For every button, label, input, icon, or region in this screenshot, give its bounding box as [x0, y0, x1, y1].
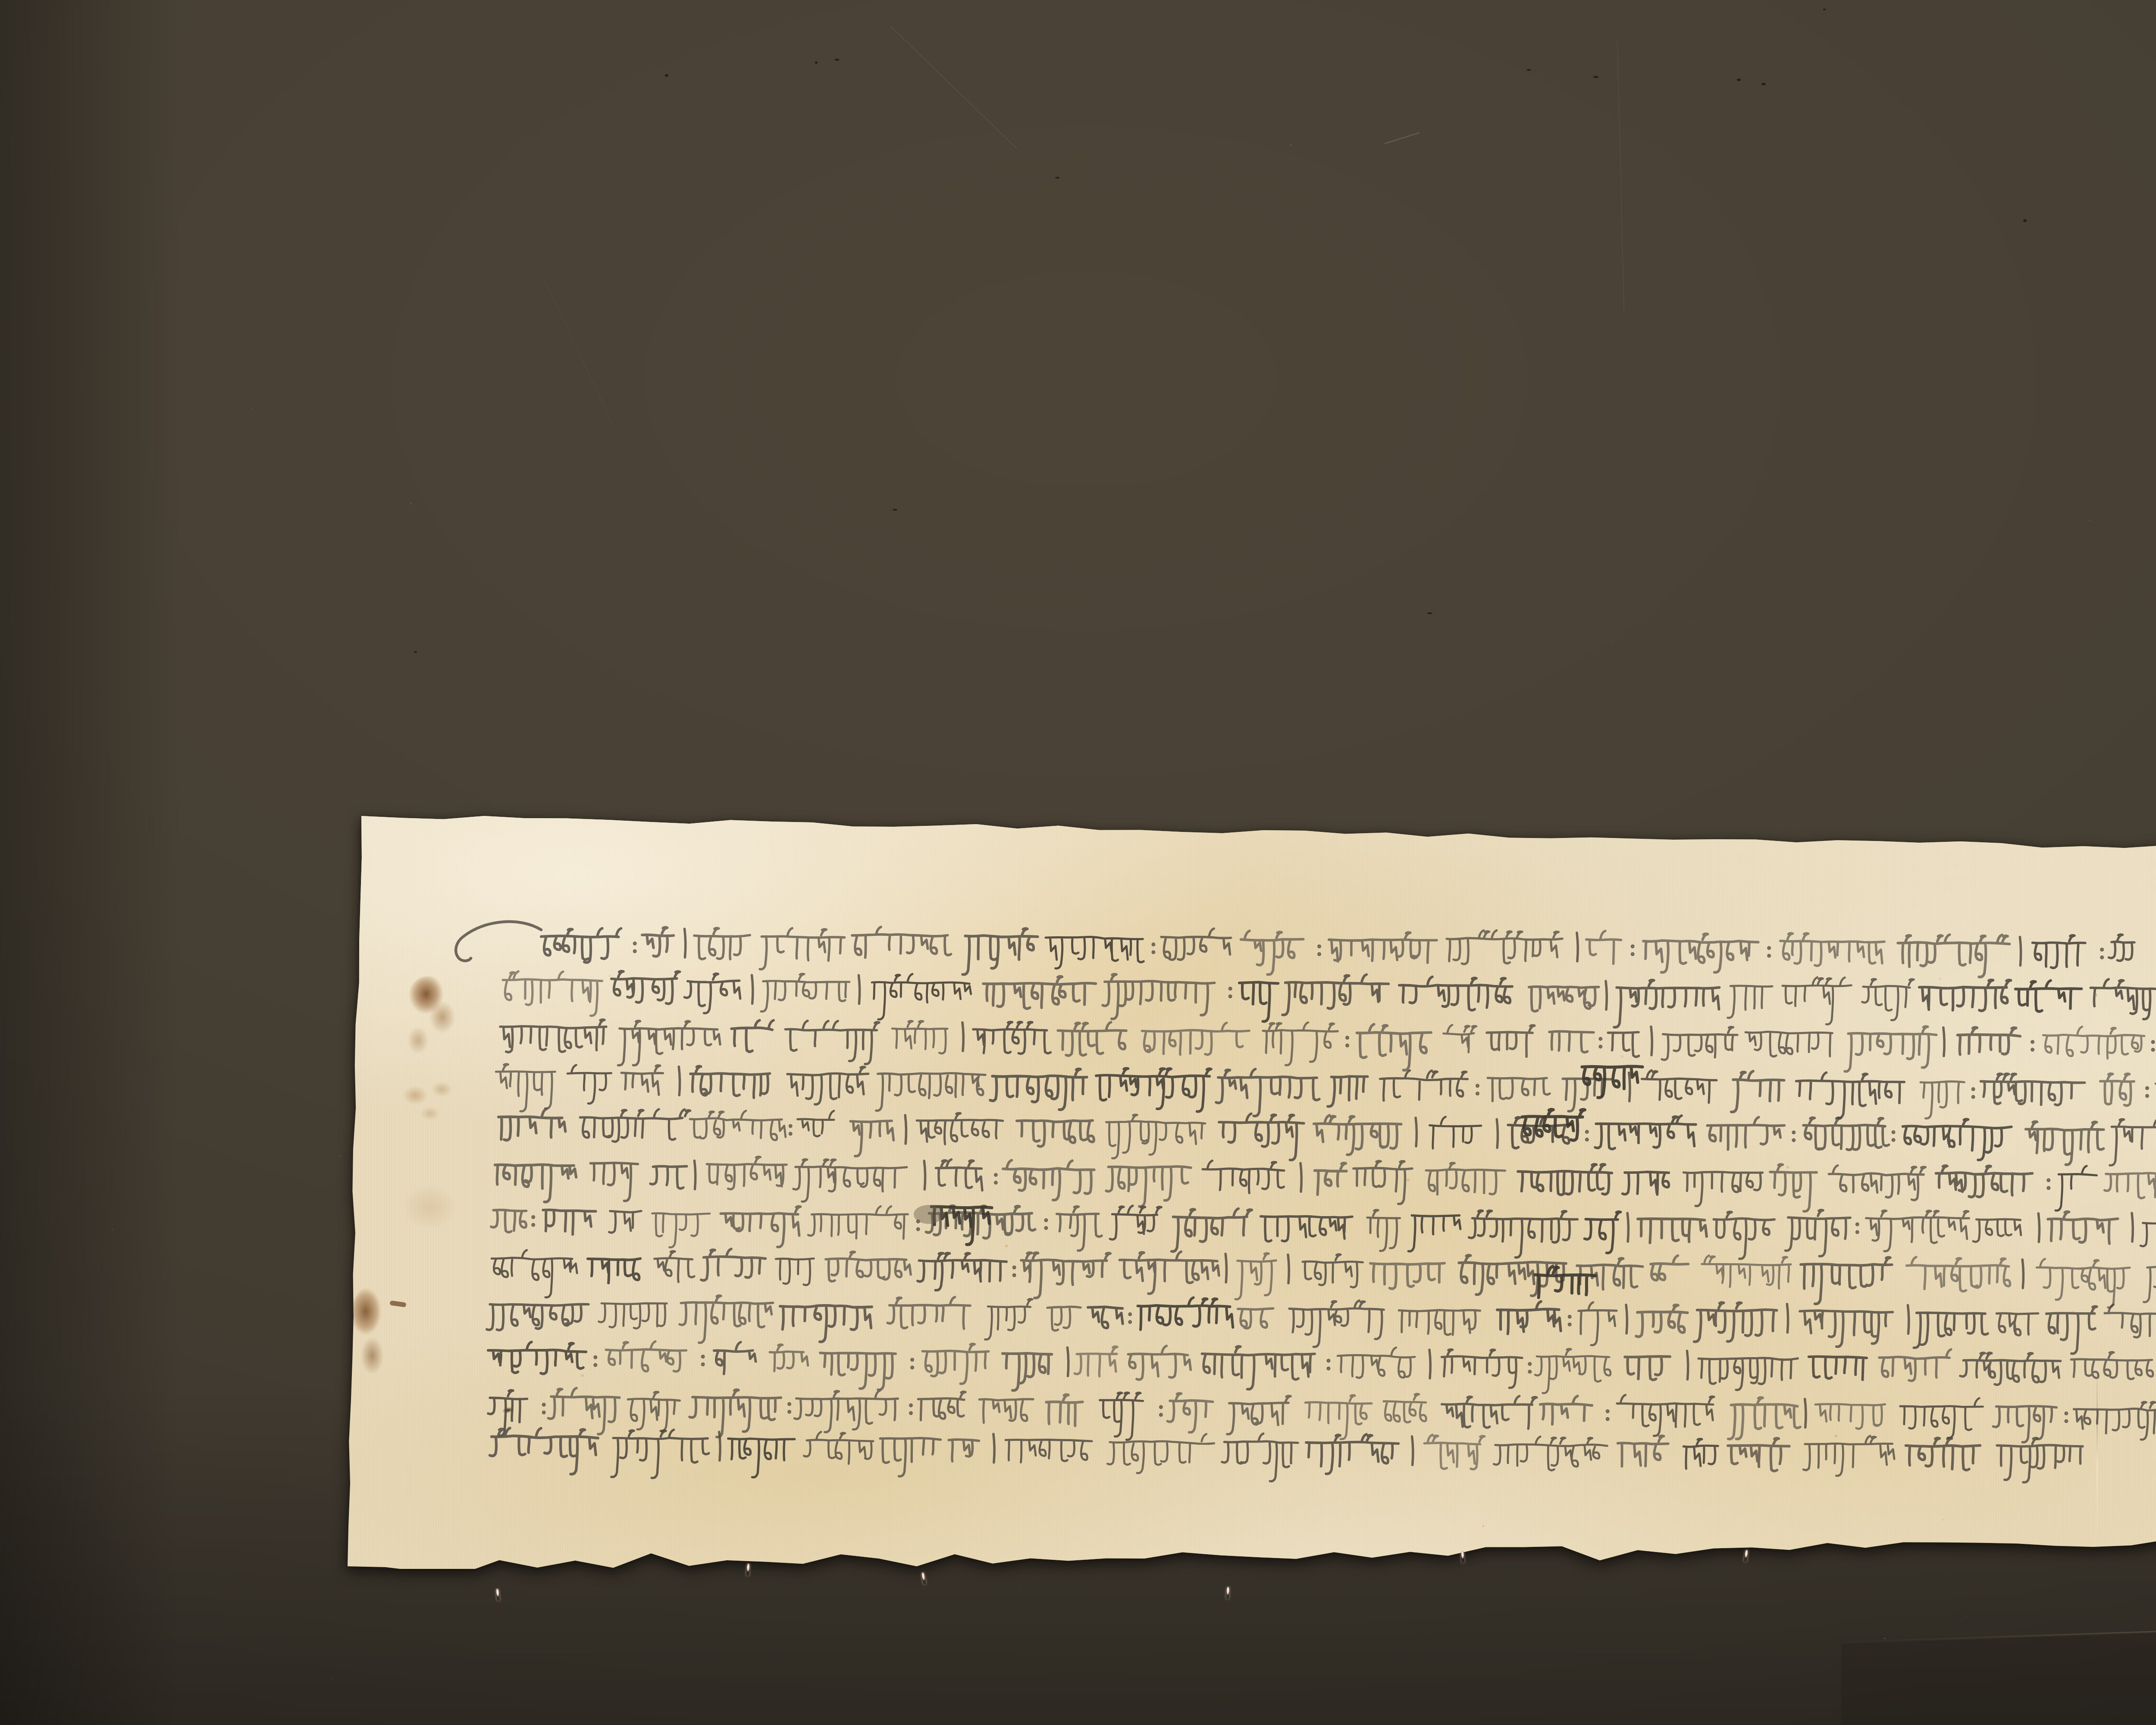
pen-stroke — [588, 1258, 640, 1283]
pen-stroke — [1161, 928, 1231, 960]
pen-stroke — [1626, 1305, 1627, 1333]
pen-stroke — [1239, 982, 1278, 1022]
pen-stroke — [567, 1065, 611, 1104]
pen-stroke — [599, 1303, 667, 1328]
pen-stroke — [1608, 1032, 1639, 1057]
pen-stroke — [1801, 1258, 1892, 1304]
pen-stroke — [1783, 977, 1852, 1024]
pen-stroke — [2152, 1041, 2154, 1051]
pen-stroke — [1227, 1396, 1291, 1434]
pen-stroke — [1606, 981, 1607, 1010]
pen-stroke — [1046, 1395, 1082, 1426]
card-speck — [1526, 69, 1531, 71]
pen-stroke — [1346, 1037, 1348, 1047]
pen-stroke — [949, 1440, 979, 1462]
pen-stroke — [491, 1210, 526, 1233]
text-line — [492, 1249, 2156, 1308]
pen-stroke — [655, 1251, 695, 1282]
foxing-dot — [2093, 1313, 2096, 1315]
text-line — [491, 1206, 2156, 1259]
pen-stroke — [1906, 1438, 1980, 1470]
pen-stroke — [590, 1163, 638, 1201]
dust-speck — [1687, 58, 1688, 59]
pen-stroke — [2071, 1352, 2153, 1379]
pen-stroke — [2101, 949, 2103, 959]
pen-stroke — [1803, 1118, 1889, 1150]
pen-stroke — [793, 1159, 907, 1201]
pen-stroke — [918, 1253, 1006, 1290]
manuscript-sheet-wrap — [348, 813, 2156, 1569]
pen-stroke — [1338, 1348, 1415, 1378]
pen-stroke — [611, 971, 680, 1004]
pen-stroke — [2015, 981, 2081, 1012]
text-line — [503, 971, 2156, 1027]
pen-stroke — [1152, 944, 1154, 953]
pen-stroke — [456, 922, 541, 961]
pin-shaft — [1742, 1561, 1746, 1576]
pen-stroke — [1921, 1082, 1965, 1119]
pen-stroke — [1305, 1395, 1372, 1439]
pen-stroke — [962, 928, 1037, 975]
pen-stroke — [488, 1342, 586, 1374]
foxing-dot — [2094, 994, 2097, 997]
foxing-dot — [1943, 1519, 1944, 1521]
pen-stroke — [690, 1111, 786, 1140]
foxing-dot — [1372, 1032, 1375, 1035]
pen-stroke — [1288, 1255, 1289, 1283]
pen-stroke — [983, 976, 1096, 1009]
pen-stroke — [1110, 1206, 1161, 1239]
pen-stroke — [1235, 1253, 1276, 1299]
pen-stroke — [580, 1109, 690, 1142]
pen-stroke — [1508, 1117, 1572, 1148]
pen-stroke — [2105, 1305, 2156, 1337]
pen-stroke — [2033, 935, 2085, 968]
pen-stroke — [1698, 1358, 1798, 1390]
pen-stroke — [924, 1161, 925, 1189]
pin-glint-icon — [496, 1589, 500, 1601]
pen-stroke — [1585, 1212, 1621, 1253]
pen-stroke — [679, 1067, 680, 1095]
pen-stroke — [1599, 1038, 1601, 1048]
pen-stroke — [1518, 1164, 1612, 1195]
pen-stroke — [728, 1439, 795, 1477]
pen-stroke — [1160, 1406, 1162, 1416]
card-speck — [1761, 83, 1766, 85]
manuscript-sheet — [348, 813, 2156, 1569]
pen-stroke — [1354, 1161, 1412, 1204]
dust-speck — [1019, 1585, 1020, 1587]
pen-stroke — [1327, 1360, 1329, 1370]
pen-stroke — [1569, 1316, 1571, 1326]
pen-stroke — [1618, 1436, 1668, 1466]
pen-stroke — [541, 928, 621, 963]
pen-stroke — [973, 1022, 1051, 1054]
pen-stroke — [1142, 1023, 1249, 1055]
pen-stroke — [1549, 1032, 1594, 1053]
pen-stroke — [785, 1021, 879, 1064]
pen-stroke — [721, 1206, 800, 1247]
pen-stroke — [1780, 933, 1885, 966]
pen-stroke — [1494, 1436, 1607, 1470]
pen-stroke — [876, 1073, 986, 1111]
pen-stroke — [694, 928, 750, 959]
pen-stroke — [2026, 1122, 2104, 1165]
pen-stroke — [887, 1297, 970, 1329]
pen-stroke — [1416, 1118, 1416, 1146]
dust-speck — [331, 1678, 332, 1679]
pen-stroke — [1103, 974, 1215, 1019]
pen-stroke — [770, 1345, 808, 1371]
dust-speck — [486, 206, 487, 207]
pen-stroke — [1106, 1115, 1205, 1158]
pen-stroke — [1424, 1435, 1485, 1469]
pen-stroke — [1636, 1305, 1687, 1337]
pen-stroke — [1057, 1206, 1102, 1251]
foxing-dot — [1835, 1435, 1837, 1437]
pen-stroke — [1535, 1349, 1611, 1393]
pen-stroke — [498, 1109, 565, 1140]
pen-stroke — [936, 1160, 982, 1191]
pen-stroke — [2090, 979, 2156, 1019]
pen-stroke — [492, 1250, 577, 1298]
pen-stroke — [990, 1069, 1087, 1110]
pen-stroke — [1862, 979, 1914, 1020]
pen-stroke — [695, 1161, 696, 1189]
pen-stroke — [1893, 1131, 1895, 1141]
pen-stroke — [1203, 1160, 1284, 1193]
pen-stroke — [1529, 987, 1599, 1011]
pen-stroke — [804, 1432, 873, 1464]
pen-stroke — [1106, 1167, 1191, 1207]
pen-stroke — [1623, 1172, 1669, 1195]
pen-stroke — [1582, 1066, 1642, 1098]
pen-stroke — [1429, 1350, 1430, 1378]
pen-stroke — [495, 1164, 576, 1202]
pen-stroke — [1003, 1353, 1052, 1390]
pen-stroke — [2038, 1214, 2039, 1242]
pen-stroke — [1003, 1160, 1094, 1200]
pen-stroke — [1792, 1131, 1795, 1141]
pen-stroke — [1399, 1310, 1480, 1335]
pin-glint-icon — [921, 1572, 926, 1585]
pen-stroke — [1997, 1438, 2083, 1482]
pen-stroke — [795, 1390, 898, 1432]
pin-shaft — [1226, 1598, 1228, 1613]
pen-stroke — [1328, 1076, 1367, 1107]
pen-stroke — [911, 1359, 913, 1369]
pen-stroke — [1638, 1219, 1707, 1243]
pen-stroke — [790, 1125, 792, 1135]
handwritten-text — [348, 813, 2156, 1569]
pen-stroke — [1444, 1025, 1477, 1053]
pen-stroke — [1815, 1404, 1885, 1429]
pen-stroke — [2109, 935, 2135, 961]
pen-stroke — [761, 974, 849, 1011]
dust-speck — [410, 503, 412, 505]
pen-stroke — [1075, 1347, 1117, 1377]
pen-stroke — [1129, 1313, 1131, 1323]
pen-stroke — [1442, 1396, 1537, 1429]
pen-stroke — [1651, 1027, 1652, 1055]
pen-stroke — [1261, 1216, 1353, 1241]
pen-stroke — [1586, 1131, 1588, 1141]
pen-stroke — [1318, 945, 1320, 955]
card-speck — [2023, 219, 2027, 222]
pen-stroke — [1903, 1119, 2012, 1160]
pen-stroke — [787, 1067, 868, 1104]
pin-shaft — [1463, 1562, 1465, 1577]
pen-stroke — [1972, 1088, 1974, 1098]
pen-stroke — [1282, 975, 1388, 1015]
pen-stroke — [719, 1432, 720, 1461]
pen-stroke — [1943, 1028, 1944, 1056]
pen-stroke — [1683, 1172, 1762, 1206]
pen-stroke — [1627, 1213, 1628, 1242]
pen-stroke — [2074, 1402, 2156, 1440]
pen-stroke — [1202, 1346, 1315, 1389]
pen-stroke — [1225, 1254, 1226, 1283]
pen-stroke — [1017, 1120, 1094, 1146]
pin-shaft — [498, 1600, 501, 1615]
pen-stroke — [1993, 1406, 2056, 1443]
pen-stroke — [684, 974, 740, 1013]
pen-stroke — [2065, 1412, 2067, 1422]
pen-stroke — [1651, 1256, 1688, 1280]
pen-stroke — [2140, 1223, 2156, 1249]
dust-speck — [1965, 1615, 1967, 1617]
pen-stroke — [752, 975, 753, 1004]
ink-smudge — [914, 1205, 943, 1224]
pen-stroke — [642, 927, 674, 956]
pen-stroke — [820, 1353, 896, 1390]
pen-stroke — [910, 1404, 912, 1414]
pen-stroke — [1216, 1069, 1319, 1116]
pen-stroke — [2043, 1027, 2144, 1059]
pen-stroke — [1128, 1346, 1191, 1380]
pen-stroke — [1714, 1212, 1774, 1259]
pen-stroke — [1958, 1027, 2020, 1054]
pen-stroke — [707, 1157, 787, 1189]
pen-stroke — [1367, 1210, 1400, 1251]
pen-stroke — [1384, 1394, 1426, 1422]
pen-stroke — [852, 927, 951, 958]
card-speck — [835, 59, 839, 61]
pen-stroke — [1529, 1363, 1531, 1373]
pen-stroke — [1800, 1311, 1893, 1347]
dust-speck — [520, 476, 521, 477]
pen-stroke — [652, 1213, 710, 1247]
pen-stroke — [1535, 1266, 1595, 1298]
pen-stroke — [1447, 930, 1562, 964]
pen-stroke — [1879, 1349, 1951, 1381]
foxing-dot — [1407, 1179, 1410, 1182]
pen-stroke — [1013, 1267, 1015, 1276]
pen-stroke — [1426, 1163, 1505, 1195]
pen-stroke — [2056, 1166, 2097, 1211]
pin-glint-icon — [1226, 1587, 1229, 1599]
pen-stroke — [2132, 1213, 2133, 1242]
pen-stroke — [826, 1252, 911, 1282]
card-speck — [1737, 78, 1741, 81]
pen-stroke — [1607, 1410, 1609, 1420]
pen-stroke — [1303, 1255, 1363, 1288]
pen-stroke — [1960, 1353, 2061, 1385]
pen-stroke — [1238, 1308, 1273, 1328]
pen-stroke — [1168, 1393, 1213, 1433]
pen-stroke — [1803, 1436, 1894, 1476]
pen-stroke — [496, 1064, 555, 1111]
pen-stroke — [1787, 1304, 1788, 1333]
pen-stroke — [2146, 1087, 2148, 1097]
pen-stroke — [1898, 935, 2009, 977]
text-line — [488, 1342, 2156, 1393]
pin-glint-icon — [1461, 1551, 1465, 1563]
foxing-dot — [1005, 1245, 1008, 1247]
pen-stroke — [918, 1392, 965, 1420]
pen-stroke — [1429, 1117, 1481, 1149]
pen-stroke — [760, 928, 845, 969]
pen-stroke — [808, 1206, 908, 1239]
foxing-dot — [1786, 1166, 1789, 1169]
pen-stroke — [2046, 1306, 2097, 1354]
pen-stroke — [872, 974, 971, 1019]
pen-stroke — [985, 1299, 1032, 1339]
pen-stroke — [1805, 1399, 1806, 1427]
pen-stroke — [1229, 988, 1232, 997]
text-line — [495, 1157, 2156, 1211]
pen-stroke — [1914, 1313, 1988, 1348]
pen-stroke — [1768, 947, 1770, 957]
pen-stroke — [1047, 1307, 1081, 1330]
dust-speck — [53, 915, 54, 916]
pen-stroke — [1900, 1398, 1983, 1438]
foxing-dot — [1578, 1128, 1579, 1129]
pen-stroke — [1577, 933, 1578, 961]
pen-stroke — [1632, 945, 1634, 955]
text-line — [500, 1019, 2156, 1073]
pen-stroke — [1219, 1114, 1304, 1160]
pen-stroke — [714, 1342, 756, 1374]
pen-stroke — [1796, 1073, 1905, 1118]
pen-stroke — [1642, 1070, 1717, 1103]
pen-stroke — [685, 929, 686, 957]
pen-stroke — [1120, 1251, 1219, 1293]
pen-stroke — [1068, 1348, 1069, 1376]
text-line — [488, 1388, 2156, 1443]
pen-stroke — [594, 1356, 596, 1366]
pen-stroke — [543, 1404, 545, 1414]
pen-stroke — [689, 1390, 781, 1437]
pen-stroke — [979, 1399, 1033, 1423]
pen-stroke — [487, 1304, 589, 1330]
pen-stroke — [1046, 937, 1144, 968]
pen-stroke — [1707, 1117, 1784, 1150]
pen-stroke — [2048, 1212, 2118, 1244]
dust-speck — [252, 408, 253, 409]
pen-stroke — [1021, 1253, 1110, 1298]
foxing-dot — [542, 1092, 544, 1095]
pen-stroke — [880, 1438, 940, 1477]
pen-stroke — [1488, 1078, 1550, 1101]
pen-stroke — [1728, 1398, 1800, 1439]
pen-stroke — [2100, 1074, 2134, 1106]
pen-stroke — [1919, 980, 2011, 1011]
pen-stroke — [962, 1022, 963, 1051]
pen-stroke — [701, 1249, 765, 1280]
pen-stroke — [2047, 1179, 2049, 1189]
pen-stroke — [1856, 1223, 1858, 1233]
pen-stroke — [1845, 1026, 1937, 1072]
pen-stroke — [1058, 1022, 1126, 1056]
pen-stroke — [1222, 1433, 1298, 1481]
pen-stroke — [1357, 1024, 1431, 1070]
pen-stroke — [780, 1305, 872, 1342]
pen-stroke — [2110, 1119, 2156, 1166]
pen-stroke — [1300, 1163, 1301, 1192]
pen-stroke — [1380, 1070, 1467, 1101]
dust-speck — [1645, 769, 1645, 770]
pen-stroke — [1096, 1068, 1211, 1111]
pen-stroke — [621, 1065, 663, 1095]
pen-stroke — [1172, 1209, 1252, 1251]
pen-stroke — [1497, 1119, 1498, 1148]
text-line — [456, 922, 2134, 977]
dust-speck — [1290, 144, 1292, 146]
pen-stroke — [1006, 1440, 1092, 1463]
foxing-dot — [1482, 1525, 1484, 1527]
pen-stroke — [1829, 1165, 1925, 1200]
card-speck — [665, 74, 668, 77]
foxing-dot — [1611, 1357, 1612, 1358]
pen-stroke — [1786, 1210, 1851, 1256]
pen-stroke — [702, 1355, 704, 1365]
pen-stroke — [1809, 1357, 1867, 1380]
pen-stroke — [618, 1021, 720, 1065]
pen-stroke — [1100, 1393, 1143, 1440]
pen-stroke — [1329, 932, 1437, 963]
pen-stroke — [776, 1258, 814, 1285]
pen-stroke — [1314, 1115, 1401, 1155]
dust-speck — [2089, 520, 2090, 521]
pen-stroke — [731, 1020, 773, 1052]
pen-stroke — [690, 1066, 770, 1098]
card-speck — [893, 509, 897, 511]
pen-stroke — [1629, 1073, 1630, 1101]
pen-stroke — [1694, 1302, 1777, 1342]
pen-stroke — [1442, 1349, 1522, 1388]
pen-stroke — [1045, 1219, 1047, 1229]
pen-stroke — [1996, 1313, 2038, 1335]
pen-stroke — [1662, 1027, 1737, 1060]
pen-stroke — [917, 1220, 919, 1230]
pen-stroke — [1683, 1439, 1718, 1468]
pen-stroke — [1408, 1215, 1460, 1251]
pen-stroke — [859, 975, 859, 1004]
pen-stroke — [993, 1434, 994, 1462]
pen-stroke — [1586, 931, 1621, 964]
pen-stroke — [532, 1216, 534, 1226]
pen-stroke — [1088, 1307, 1123, 1328]
pen-stroke — [1731, 1071, 1784, 1112]
pen-stroke — [1702, 1255, 1791, 1289]
dust-speck — [1884, 1637, 1886, 1639]
pen-stroke — [1370, 1263, 1445, 1289]
pen-stroke — [922, 1344, 988, 1384]
pen-stroke — [1745, 1032, 1833, 1056]
pen-stroke — [905, 1115, 906, 1144]
pen-stroke — [609, 1211, 641, 1233]
